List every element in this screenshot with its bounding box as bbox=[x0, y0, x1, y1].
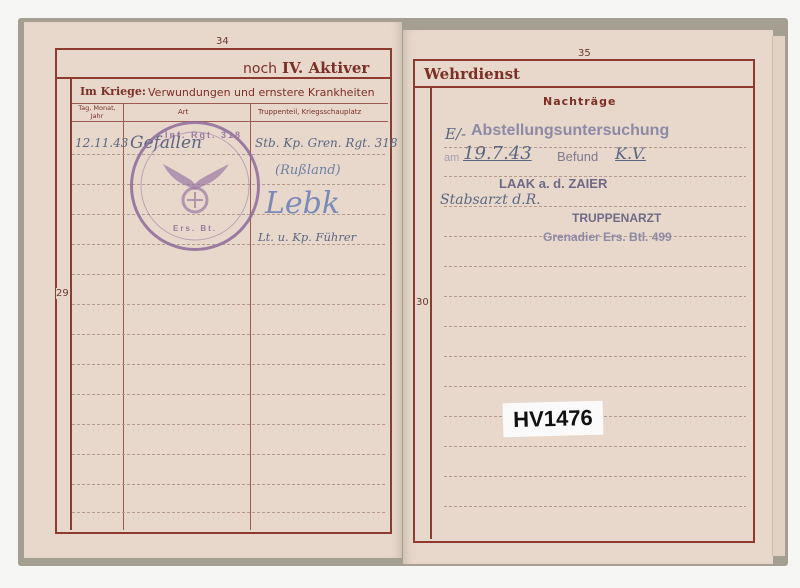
row-rule bbox=[72, 454, 386, 455]
column-header-type: Art bbox=[178, 108, 188, 116]
row-rule bbox=[444, 266, 746, 267]
row-rule bbox=[444, 476, 746, 477]
right-header-divider bbox=[413, 86, 753, 88]
column-line-1 bbox=[123, 104, 124, 530]
entry-date: 12.11.43 bbox=[75, 136, 128, 150]
row-rule bbox=[72, 364, 386, 365]
stamp-heading-prefix: E/- bbox=[445, 125, 466, 143]
section-title-rest: Verwundungen und ernstere Krankheiten bbox=[148, 86, 375, 99]
inventory-label: HV1476 bbox=[503, 401, 604, 438]
row-rule bbox=[444, 506, 746, 507]
doctor-role-stamp: TRUPPENARZT bbox=[572, 211, 661, 225]
stamp-top-text: Inf. Rgt. 318 bbox=[165, 130, 242, 140]
row-marker-right: 30 bbox=[416, 297, 429, 308]
page-number-right: 35 bbox=[578, 48, 591, 59]
row-rule bbox=[444, 356, 746, 357]
row-rule bbox=[72, 334, 386, 335]
stamp-bottom-text: Ers. Bt. bbox=[173, 224, 217, 233]
round-unit-stamp: Inf. Rgt. 318 Ers. Bt. bbox=[130, 121, 260, 251]
row-rule bbox=[72, 394, 386, 395]
left-header-title: IV. Aktiver bbox=[282, 59, 369, 77]
befund-label: Befund bbox=[557, 149, 598, 164]
entry-unit-line1: Stb. Kp. Gren. Rgt. 318 bbox=[255, 136, 397, 150]
row-rule bbox=[444, 326, 746, 327]
right-margin-line bbox=[430, 87, 432, 539]
exam-date: 19.7.43 bbox=[463, 143, 532, 164]
left-header-prefix: noch bbox=[243, 61, 277, 77]
officer-signature: Lebk bbox=[265, 186, 340, 221]
page-number-left: 34 bbox=[216, 36, 229, 47]
row-marker-left: 29 bbox=[56, 288, 69, 299]
column-header-divider bbox=[72, 121, 388, 122]
left-header-divider bbox=[55, 77, 390, 79]
right-header-title: Wehrdienst bbox=[424, 65, 520, 83]
page-edges bbox=[772, 36, 785, 556]
doctor-name-stamp: LAAK a. d. ZAIER bbox=[499, 176, 607, 191]
entry-unit-line2: (Rußland) bbox=[275, 163, 341, 178]
row-rule bbox=[72, 512, 386, 513]
section-title-bold: Im Kriege: bbox=[80, 85, 146, 98]
handwritten-signature: Stabsarzt d.R. bbox=[440, 192, 541, 208]
row-rule bbox=[72, 484, 386, 485]
row-rule bbox=[444, 386, 746, 387]
column-header-unit: Truppenteil, Kriegsschauplatz bbox=[258, 108, 361, 116]
subtitle-nachtraege: Nachträge bbox=[543, 95, 616, 108]
column-header-date: Tag, Monat, Jahr bbox=[74, 104, 120, 120]
row-rule bbox=[72, 304, 386, 305]
row-rule bbox=[72, 274, 386, 275]
row-rule bbox=[72, 424, 386, 425]
befund-value: K.V. bbox=[615, 144, 646, 163]
officer-title: Lt. u. Kp. Führer bbox=[258, 230, 356, 244]
row-rule bbox=[444, 296, 746, 297]
stamp-heading: Abstellungsuntersuchung bbox=[471, 122, 669, 140]
doctor-unit-stamp: Grenadier Ers. Btl. 499 bbox=[543, 230, 672, 244]
row-rule bbox=[444, 446, 746, 447]
am-label: am bbox=[444, 152, 459, 164]
